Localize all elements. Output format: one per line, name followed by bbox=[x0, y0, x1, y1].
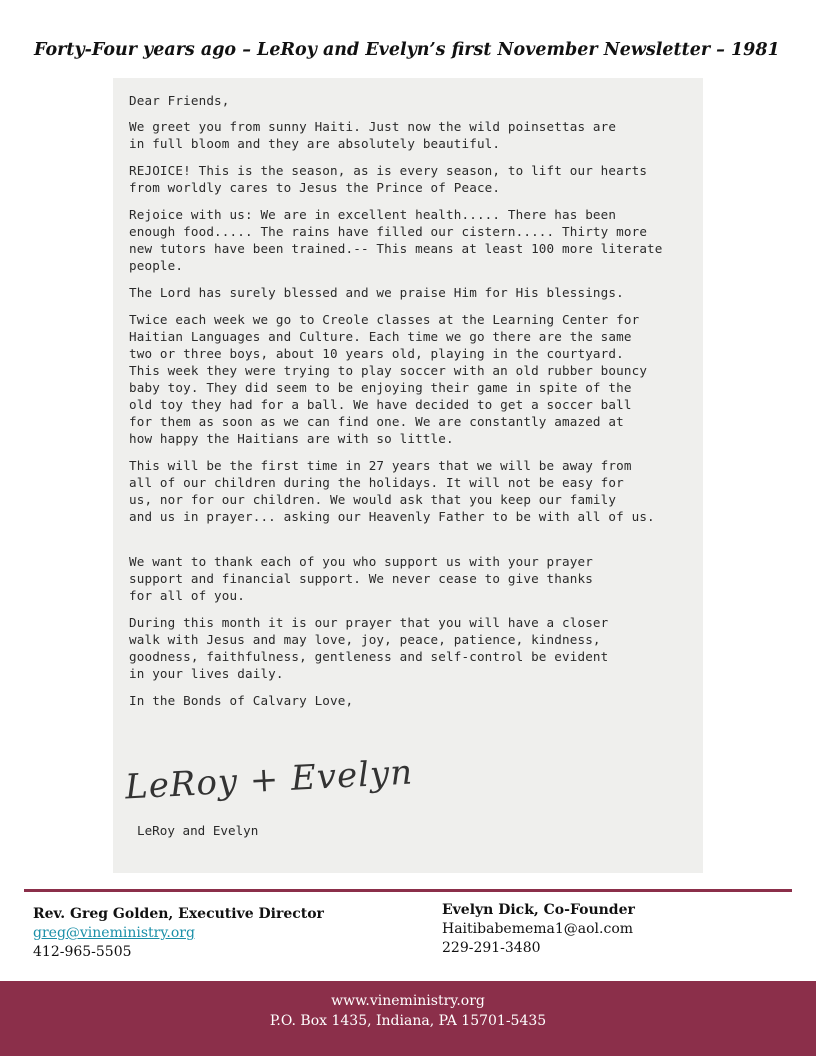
letter-paragraph: During this month it is our prayer that … bbox=[129, 614, 695, 682]
contact-email: Haitibabemema1@aol.com bbox=[442, 920, 635, 939]
contact-email-link[interactable]: greg@vineministry.org bbox=[33, 925, 195, 941]
letter-paragraph: Rejoice with us: We are in excellent hea… bbox=[129, 206, 695, 274]
contact-executive-director: Rev. Greg Golden, Executive Director gre… bbox=[33, 905, 324, 962]
scanned-letter: Dear Friends, We greet you from sunny Ha… bbox=[113, 78, 703, 873]
letter-paragraph: We want to thank each of you who support… bbox=[129, 553, 695, 604]
footer-website: www.vineministry.org bbox=[0, 991, 816, 1011]
footer-address: P.O. Box 1435, Indiana, PA 15701-5435 bbox=[0, 1011, 816, 1031]
contact-name: Rev. Greg Golden, Executive Director bbox=[33, 905, 324, 924]
typed-signature: LeRoy and Evelyn bbox=[137, 823, 258, 838]
footer: www.vineministry.org P.O. Box 1435, Indi… bbox=[0, 981, 816, 1056]
letter-greeting: Dear Friends, bbox=[129, 92, 695, 109]
letter-paragraph: Twice each week we go to Creole classes … bbox=[129, 311, 695, 447]
contact-co-founder: Evelyn Dick, Co-Founder Haitibabemema1@a… bbox=[442, 901, 635, 958]
handwritten-signature: LeRoy + Evelyn bbox=[124, 752, 414, 807]
letter-paragraph: REJOICE! This is the season, as is every… bbox=[129, 162, 695, 196]
spacer bbox=[129, 535, 695, 553]
contact-phone: 229-291-3480 bbox=[442, 939, 635, 958]
letter-closing: In the Bonds of Calvary Love, bbox=[129, 692, 695, 709]
contact-phone: 412-965-5505 bbox=[33, 943, 324, 962]
letter-paragraph: We greet you from sunny Haiti. Just now … bbox=[129, 118, 695, 152]
letter-body: Dear Friends, We greet you from sunny Ha… bbox=[129, 92, 695, 719]
divider bbox=[24, 889, 792, 892]
page-title: Forty-Four years ago – LeRoy and Evelyn’… bbox=[34, 40, 780, 60]
letter-paragraph: This will be the first time in 27 years … bbox=[129, 457, 695, 525]
contact-name: Evelyn Dick, Co-Founder bbox=[442, 901, 635, 920]
letter-paragraph: The Lord has surely blessed and we prais… bbox=[129, 284, 695, 301]
